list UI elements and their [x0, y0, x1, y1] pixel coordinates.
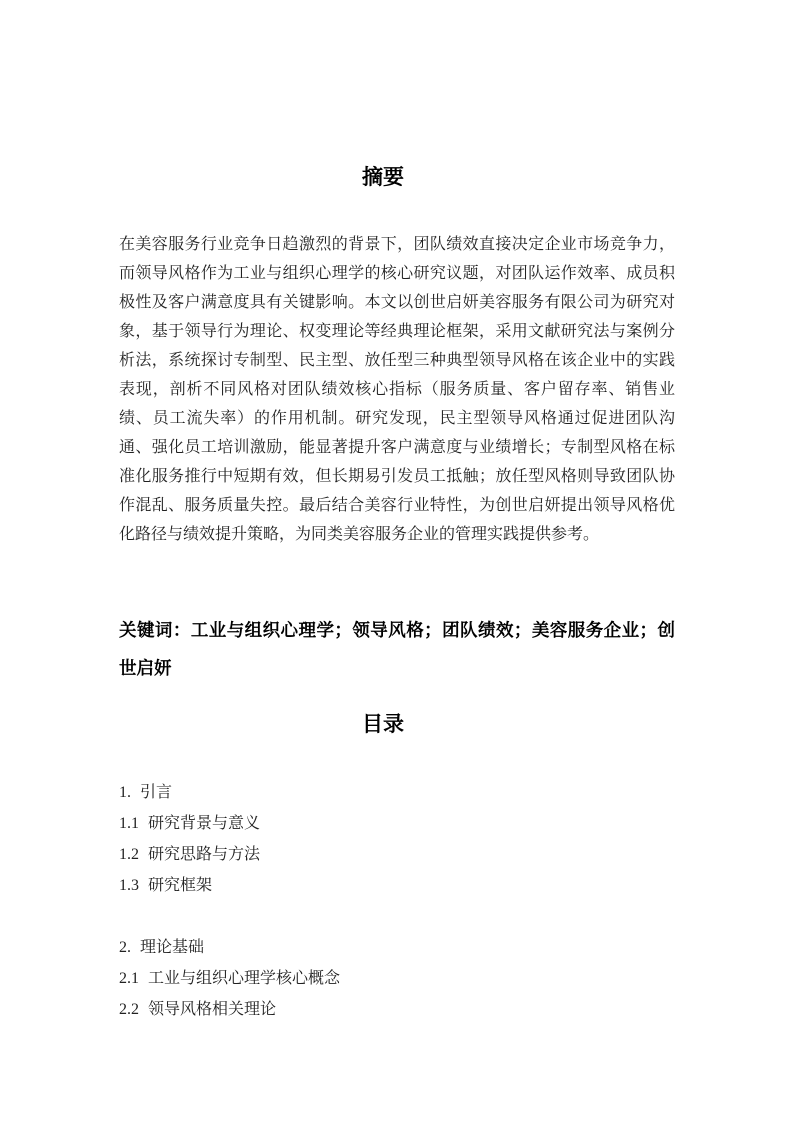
toc-list: 1.引言 1.1研究背景与意义 1.2研究思路与方法 1.3研究框架 2.理论基…	[119, 777, 675, 1025]
toc-item-label: 理论基础	[140, 939, 204, 956]
keywords-line: 关键词：工业与组织心理学；领导风格；团队绩效；美容服务企业；创世启妍	[119, 611, 675, 687]
toc-item-label: 引言	[140, 784, 172, 801]
toc-item-number: 1.1	[119, 808, 139, 839]
toc-item-2: 2.理论基础	[119, 932, 675, 963]
abstract-title: 摘要	[119, 0, 647, 190]
keywords-label: 关键词：	[119, 620, 191, 640]
toc-item-1: 1.引言	[119, 777, 675, 808]
toc-item-1-2: 1.2研究思路与方法	[119, 839, 675, 870]
toc-item-label: 研究框架	[148, 877, 212, 894]
keywords-text: 工业与组织心理学；领导风格；团队绩效；美容服务企业；创世启妍	[119, 620, 675, 678]
toc-item-1-1: 1.1研究背景与意义	[119, 808, 675, 839]
toc-item-number: 1.3	[119, 870, 139, 901]
toc-item-number: 1.2	[119, 839, 139, 870]
toc-item-number: 2.	[119, 932, 131, 963]
toc-item-number: 2.2	[119, 994, 139, 1025]
toc-item-label: 研究思路与方法	[148, 846, 260, 863]
abstract-paragraph: 在美容服务行业竞争日趋激烈的背景下，团队绩效直接决定企业市场竞争力，而领导风格作…	[119, 230, 675, 549]
toc-item-label: 研究背景与意义	[148, 815, 260, 832]
document-page: 摘要 在美容服务行业竞争日趋激烈的背景下，团队绩效直接决定企业市场竞争力，而领导…	[119, 0, 675, 1025]
toc-item-number: 1.	[119, 777, 131, 808]
toc-item-2-1: 2.1工业与组织心理学核心概念	[119, 963, 675, 994]
toc-title: 目录	[119, 713, 647, 737]
toc-item-2-2: 2.2领导风格相关理论	[119, 994, 675, 1025]
toc-item-label: 领导风格相关理论	[148, 1001, 276, 1018]
toc-item-1-3: 1.3研究框架	[119, 870, 675, 901]
toc-item-number: 2.1	[119, 963, 139, 994]
toc-item-label: 工业与组织心理学核心概念	[148, 970, 340, 987]
